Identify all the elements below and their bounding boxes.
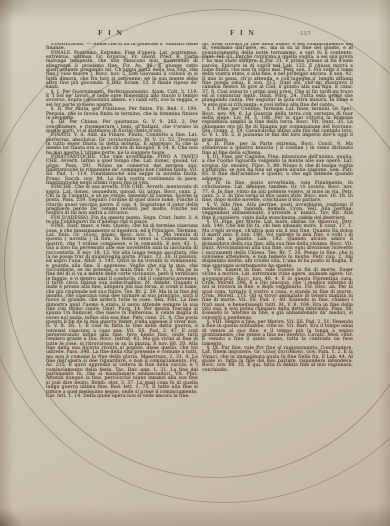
paper: F I N F I N 557 FINANZIERE. — Nome che s… (0, 0, 390, 526)
page-number: 557 (300, 31, 311, 37)
entry-fine-sense-1: §. I. Fine, per Confine, Termine. Lat. f… (202, 108, 353, 143)
entry-finale-sense-1: §. I. Per Guernimento, Perfezionamento. … (46, 91, 198, 108)
right-column: no, avea trovata la fine della mano; e n… (202, 43, 353, 415)
entry-fine-sense-9: §. IX. Far fine, vale Por fine al ragion… (202, 347, 353, 373)
entry-fine-sense-3: §. III. Fine, per Cagione, Fine, intenzi… (202, 156, 353, 182)
running-title-left: F I N (98, 30, 124, 37)
entry-finattantoche: FINATTANTOCHE. Che vale avverbialm. FINO… (46, 156, 198, 186)
entry-fine: FINE. Sust. masc. e fem. Quello, che ha … (46, 225, 198, 399)
entry-fine-sense-6: §. VI. Fine, per Morte. Lat. mors, obitu… (202, 221, 353, 269)
entry-fine-continuation: no, avea trovata la fine della mano; e n… (202, 43, 353, 108)
entry-finato: FINATO. V. A. Add. da Finare. Finito, Co… (46, 134, 198, 156)
entry-fine-sense-5: §. V. Alla fine, Alla perfine, posti avv… (202, 204, 353, 221)
entry-finale: FINALE. Postremo, Estremo, Fine d'opera.… (46, 52, 198, 91)
entry-fine-sense-2: §. II. Fine, per la Parte estrema. Bocc.… (202, 143, 353, 156)
entry-fine-sense-7: §. VII. Essere in fine, vale Essere in f… (202, 269, 353, 321)
entry-fine-sense-8: §. VIII. Venire a fine, per Morire. Vit.… (202, 321, 353, 347)
running-title-right: F I N (230, 30, 256, 37)
scanned-page: F I N F I N 557 FINANZIERE. — Nome che s… (0, 0, 390, 526)
entry-finche: FINCHE. Che si usa avverb. FIN CHE. Avve… (46, 186, 198, 216)
entry-fine-sense-4: §. IV. In fine, posto avverbialm. vale F… (202, 182, 353, 204)
left-column: FINANZIERE. — Nome che si dà in generale… (46, 43, 198, 427)
